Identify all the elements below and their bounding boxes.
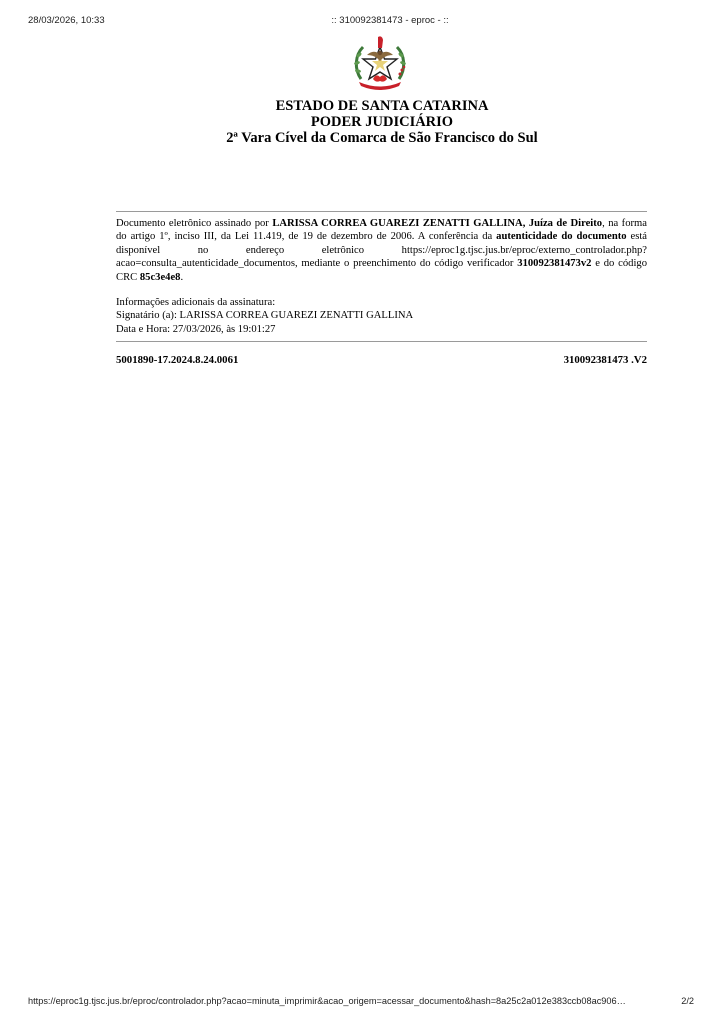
verifier-code: 310092381473v2 (517, 258, 591, 269)
signer-name: LARISSA CORREA GUAREZI ZENATTI GALLINA, … (272, 218, 602, 229)
signature-datetime: Data e Hora: 27/03/2026, às 19:01:27 (116, 323, 413, 336)
additional-signature-info: Informações adicionais da assinatura: Si… (116, 296, 413, 336)
signatory: Signatário (a): LARISSA CORREA GUAREZI Z… (116, 309, 413, 322)
info-heading: Informações adicionais da assinatura: (116, 296, 413, 309)
document-header: ESTADO DE SANTA CATARINA PODER JUDICIÁRI… (0, 98, 724, 146)
separator-top (116, 211, 647, 212)
crc-code: 85c3e4e8 (140, 272, 181, 283)
coat-of-arms-icon (349, 33, 411, 95)
page-number: 2/2 (681, 996, 694, 1006)
process-number: 5001890-17.2024.8.24.0061 (116, 354, 238, 366)
separator-bottom (116, 341, 647, 342)
print-url: https://eproc1g.tjsc.jus.br/eproc/contro… (28, 996, 626, 1006)
court-name: 2ª Vara Cível da Comarca de São Francisc… (40, 130, 724, 146)
state-name: ESTADO DE SANTA CATARINA (40, 98, 724, 114)
authenticity-label: autenticidade do documento (496, 231, 626, 242)
judiciary-name: PODER JUDICIÁRIO (40, 114, 724, 130)
print-page-title: :: 310092381473 - eproc - :: (0, 15, 724, 26)
document-version: 310092381473 .V2 (564, 354, 647, 366)
electronic-signature-notice: Documento eletrônico assinado por LARISS… (116, 217, 647, 284)
